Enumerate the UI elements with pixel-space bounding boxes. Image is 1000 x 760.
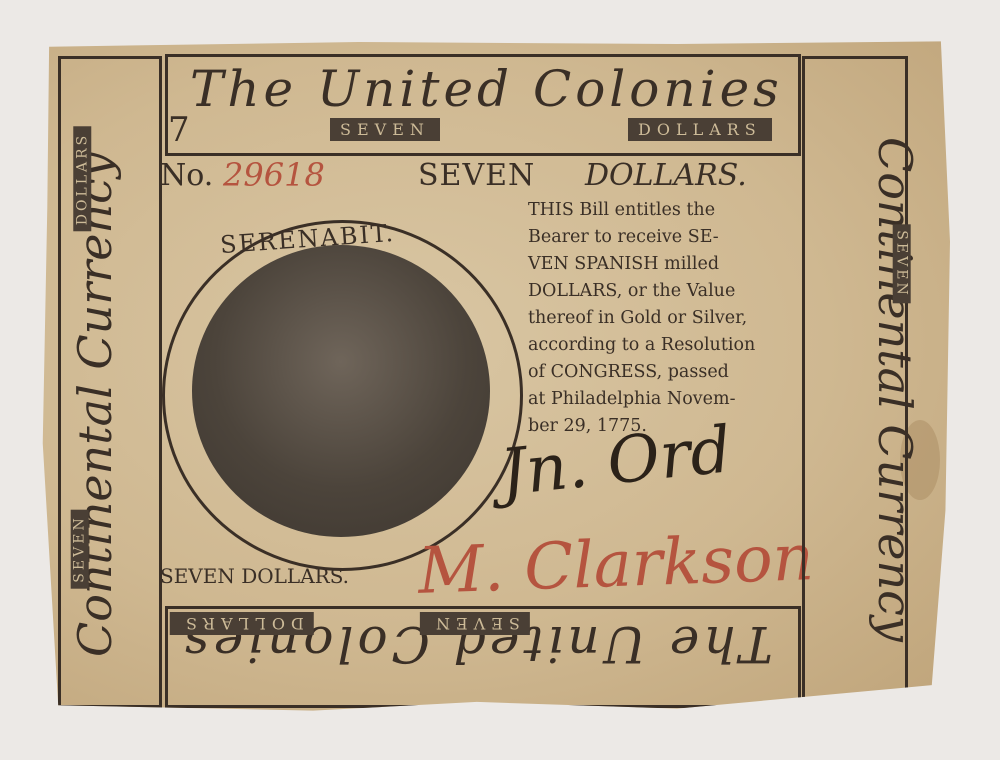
- serial-label: No.: [160, 158, 213, 193]
- promise-line: thereof in Gold or Silver,: [528, 305, 806, 332]
- heading-seven: SEVEN: [418, 158, 535, 193]
- promise-line: VEN SPANISH milled: [528, 251, 806, 278]
- right-script: Continental Currency: [868, 137, 922, 657]
- promise-line: at Philadelphia Novem-: [528, 386, 806, 413]
- top-seven-block: SEVEN: [330, 118, 440, 141]
- seal-engraving: [192, 245, 490, 537]
- right-seven-block: SEVEN: [893, 224, 911, 303]
- top-dollars-block: DOLLARS: [628, 118, 772, 141]
- promise-text: THIS Bill entitles the Bearer to receive…: [528, 197, 806, 440]
- top-title: The United Colonies: [190, 60, 783, 118]
- bottom-seven-block: SEVEN: [420, 612, 530, 635]
- denomination-numeral: 7: [168, 110, 190, 150]
- footer-denomination: SEVEN DOLLARS.: [160, 564, 349, 588]
- left-seven-block: SEVEN: [71, 509, 89, 588]
- serial-number: 29618: [223, 156, 325, 194]
- promise-line: according to a Resolution: [528, 332, 806, 359]
- signature-second: M. Clarkson: [417, 521, 815, 609]
- heading-dollars: DOLLARS.: [585, 158, 747, 193]
- promise-line: of CONGRESS, passed: [528, 359, 806, 386]
- bottom-dollars-block: DOLLARS: [170, 612, 314, 635]
- promise-line: Bearer to receive SE-: [528, 224, 806, 251]
- left-dollars-block: DOLLARS: [73, 127, 91, 232]
- banknote: The United Colonies 7 SEVEN DOLLARS No. …: [40, 40, 950, 712]
- promise-line: THIS Bill entitles the: [528, 197, 806, 224]
- promise-line: DOLLARS, or the Value: [528, 278, 806, 305]
